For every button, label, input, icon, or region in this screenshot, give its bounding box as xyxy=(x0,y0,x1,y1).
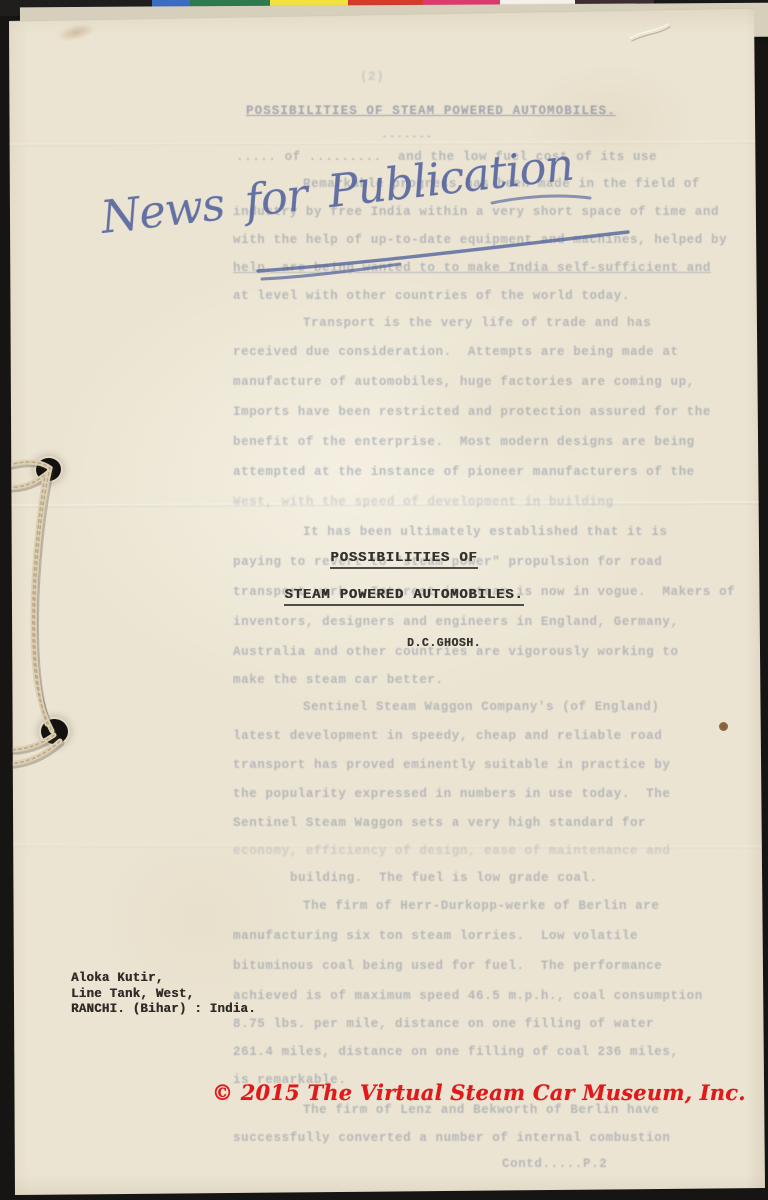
bleed-through-text-line: West, with the speed of development in b… xyxy=(233,495,614,509)
bleed-through-text-line: manufacture of automobiles, huge factori… xyxy=(233,375,695,389)
bleed-through-text-line: It has been ultimately established that … xyxy=(303,525,668,539)
bleed-through-text-line: The firm of Lenz and Bekworth of Berlin … xyxy=(303,1103,659,1117)
punch-hole xyxy=(40,718,69,746)
bleed-through-text-line: (2) xyxy=(360,70,384,84)
bleed-through-text-line: at level with other countries of the wor… xyxy=(233,289,630,303)
bleed-through-text-line: POSSIBILITIES OF STEAM POWERED AUTOMOBIL… xyxy=(246,104,616,118)
bleed-through-text-line: economy, efficiency of design, ease of m… xyxy=(233,844,670,858)
address-line: Aloka Kutir, xyxy=(71,971,256,987)
document-page: (2)POSSIBILITIES OF STEAM POWERED AUTOMO… xyxy=(0,0,768,1200)
bleed-through-text-line: received due consideration. Attempts are… xyxy=(233,345,679,359)
bleed-through-text-line: help, are being wanted to to make India … xyxy=(233,261,711,275)
bleed-through-text-line: Transport is the very life of trade and … xyxy=(303,316,651,330)
document-title-line1: POSSIBILITIES OF xyxy=(254,548,554,569)
bleed-through-text-line: make the steam car better. xyxy=(233,673,444,687)
handwritten-annotation: News for Publication xyxy=(98,130,641,244)
bleed-through-text-line: the popularity expressed in numbers in u… xyxy=(233,787,670,801)
address-line: RANCHI. (Bihar) : India. xyxy=(71,1002,256,1018)
foxing-spot xyxy=(719,722,728,731)
bleed-through-text-line: 8.75 lbs. per mile, distance on one fill… xyxy=(233,1017,654,1031)
bleed-through-text-line: latest development in speedy, cheap and … xyxy=(233,729,662,743)
bleed-through-text-line: achieved is of maximum speed 46.5 m.p.h.… xyxy=(233,989,703,1003)
address-block: Aloka Kutir,Line Tank, West,RANCHI. (Bih… xyxy=(71,971,256,1018)
punch-hole xyxy=(35,456,63,482)
bleed-through-text-line: Imports have been restricted and protect… xyxy=(233,405,711,419)
bleed-through-text-line: Sentinel Steam Waggon Company's (of Engl… xyxy=(303,700,659,714)
bleed-through-text-line: bituminous coal being used for fuel. The… xyxy=(233,959,662,973)
document-title-line2: STEAM POWERED AUTOMOBILES. xyxy=(254,585,554,606)
title-text: STEAM POWERED AUTOMOBILES. xyxy=(284,587,523,606)
bleed-through-text-line: Contd.....P.2 xyxy=(502,1157,607,1171)
scanned-document: (2)POSSIBILITIES OF STEAM POWERED AUTOMO… xyxy=(0,0,768,1200)
stain xyxy=(55,20,97,44)
copyright-watermark: © 2015 The Virtual Steam Car Museum, Inc… xyxy=(212,1080,746,1105)
bleed-through-text-line: attempted at the instance of pioneer man… xyxy=(233,465,695,479)
bleed-through-text-line: ------- xyxy=(382,132,434,142)
bleed-through-text-line: The firm of Herr-Durkopp-werke of Berlin… xyxy=(303,899,659,913)
bleed-through-text-line: 261.4 miles, distance on one filling of … xyxy=(233,1045,679,1059)
bleed-through-text-line: manufacturing six ton steam lorries. Low… xyxy=(233,929,638,943)
bleed-through-text-line: transport has proved eminently suitable … xyxy=(233,758,670,772)
bleed-through-text-line: inventors, designers and engineers in En… xyxy=(233,615,679,629)
bleed-through-text-line: successfully converted a number of inter… xyxy=(233,1131,670,1145)
title-text: POSSIBILITIES OF xyxy=(330,550,477,569)
author-name: D.C.GHOSH. xyxy=(334,637,554,650)
bleed-through-text-line: Sentinel Steam Waggon sets a very high s… xyxy=(233,816,646,830)
address-line: Line Tank, West, xyxy=(71,987,256,1003)
bleed-through-text-line: with the help of up-to-date equipment an… xyxy=(233,233,727,247)
bleed-through-text-line: benefit of the enterprise. Most modern d… xyxy=(233,435,695,449)
bleed-through-text-line: building. The fuel is low grade coal. xyxy=(290,871,598,885)
